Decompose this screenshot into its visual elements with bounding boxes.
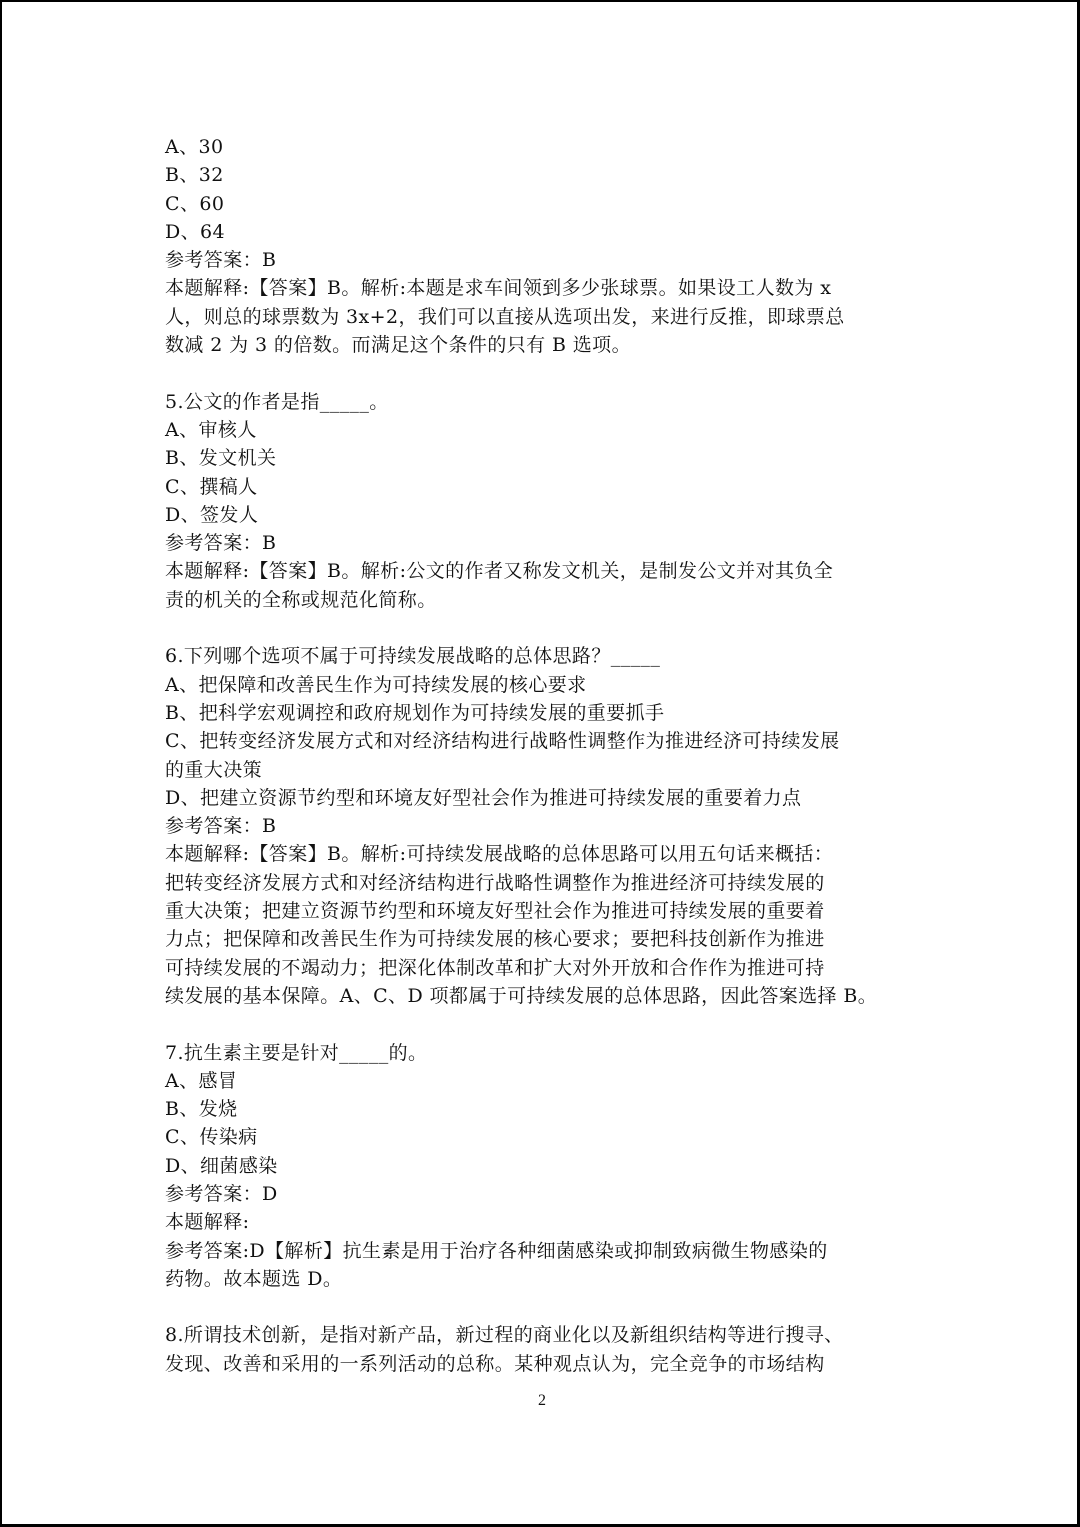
option-d: D、64 [165, 218, 925, 246]
option-c: C、把转变经济发展方式和对经济结构进行战略性调整作为推进经济可持续发展 [165, 727, 925, 755]
question-text: 8.所谓技术创新，是指对新产品，新过程的商业化以及新组织结构等进行搜寻、 [165, 1321, 925, 1349]
option-a: A、30 [165, 133, 925, 161]
explanation-label: 本题解释: [165, 1208, 925, 1236]
option-c: C、撰稿人 [165, 473, 925, 501]
reference-answer: 参考答案：B [165, 529, 925, 557]
option-d: D、细菌感染 [165, 1152, 925, 1180]
explanation-line: 本题解释:【答案】B。解析:本题是求车间领到多少张球票。如果设工人数为 x [165, 274, 925, 302]
reference-answer: 参考答案：D [165, 1180, 925, 1208]
option-c-continued: 的重大决策 [165, 756, 925, 784]
document-page: A、30 B、32 C、60 D、64 参考答案：B 本题解释:【答案】B。解析… [0, 0, 1080, 1527]
question-8: 8.所谓技术创新，是指对新产品，新过程的商业化以及新组织结构等进行搜寻、 发现、… [165, 1321, 925, 1378]
option-b: B、发烧 [165, 1095, 925, 1123]
explanation-line: 责的机关的全称或规范化简称。 [165, 586, 925, 614]
page-number: 2 [2, 1392, 1080, 1410]
spacer [165, 1293, 925, 1321]
explanation-line: 本题解释:【答案】B。解析:可持续发展战略的总体思路可以用五句话来概括： [165, 840, 925, 868]
question-6: 6.下列哪个选项不属于可持续发展战略的总体思路？_____ A、把保障和改善民生… [165, 642, 925, 1010]
explanation-line: 数减 2 为 3 的倍数。而满足这个条件的只有 B 选项。 [165, 331, 925, 359]
question-text: 7.抗生素主要是针对_____的。 [165, 1039, 925, 1067]
explanation-line: 重大决策；把建立资源节约型和环境友好型社会作为推进可持续发展的重要着 [165, 897, 925, 925]
question-text: 5.公文的作者是指_____。 [165, 388, 925, 416]
question-5: 5.公文的作者是指_____。 A、审核人 B、发文机关 C、撰稿人 D、签发人… [165, 388, 925, 614]
question-text: 6.下列哪个选项不属于可持续发展战略的总体思路？_____ [165, 642, 925, 670]
option-d: D、签发人 [165, 501, 925, 529]
explanation-line: 参考答案:D【解析】抗生素是用于治疗各种细菌感染或抑制致病微生物感染的 [165, 1237, 925, 1265]
option-c: C、传染病 [165, 1123, 925, 1151]
question-4-tail: A、30 B、32 C、60 D、64 参考答案：B 本题解释:【答案】B。解析… [165, 133, 925, 359]
explanation-line: 把转变经济发展方式和对经济结构进行战略性调整作为推进经济可持续发展的 [165, 869, 925, 897]
option-a: A、感冒 [165, 1067, 925, 1095]
option-b: B、发文机关 [165, 444, 925, 472]
question-text-continued: 发现、改善和采用的一系列活动的总称。某种观点认为，完全竞争的市场结构 [165, 1350, 925, 1378]
option-a: A、审核人 [165, 416, 925, 444]
reference-answer: 参考答案：B [165, 246, 925, 274]
explanation-line: 续发展的基本保障。A、C、D 项都属于可持续发展的总体思路，因此答案选择 B。 [165, 982, 925, 1010]
explanation-line: 药物。故本题选 D。 [165, 1265, 925, 1293]
explanation-line: 本题解释:【答案】B。解析:公文的作者又称发文机关，是制发公文并对其负全 [165, 557, 925, 585]
page-content: A、30 B、32 C、60 D、64 参考答案：B 本题解释:【答案】B。解析… [165, 133, 925, 1378]
question-7: 7.抗生素主要是针对_____的。 A、感冒 B、发烧 C、传染病 D、细菌感染… [165, 1039, 925, 1294]
option-b: B、把科学宏观调控和政府规划作为可持续发展的重要抓手 [165, 699, 925, 727]
option-c: C、60 [165, 190, 925, 218]
option-b: B、32 [165, 161, 925, 189]
explanation-line: 可持续发展的不竭动力；把深化体制改革和扩大对外开放和合作作为推进可持 [165, 954, 925, 982]
option-d: D、把建立资源节约型和环境友好型社会作为推进可持续发展的重要着力点 [165, 784, 925, 812]
reference-answer: 参考答案：B [165, 812, 925, 840]
spacer [165, 1010, 925, 1038]
spacer [165, 614, 925, 642]
spacer [165, 359, 925, 387]
explanation-line: 人，则总的球票数为 3x+2，我们可以直接从选项出发，来进行反推，即球票总 [165, 303, 925, 331]
option-a: A、把保障和改善民生作为可持续发展的核心要求 [165, 671, 925, 699]
explanation-line: 力点；把保障和改善民生作为可持续发展的核心要求；要把科技创新作为推进 [165, 925, 925, 953]
